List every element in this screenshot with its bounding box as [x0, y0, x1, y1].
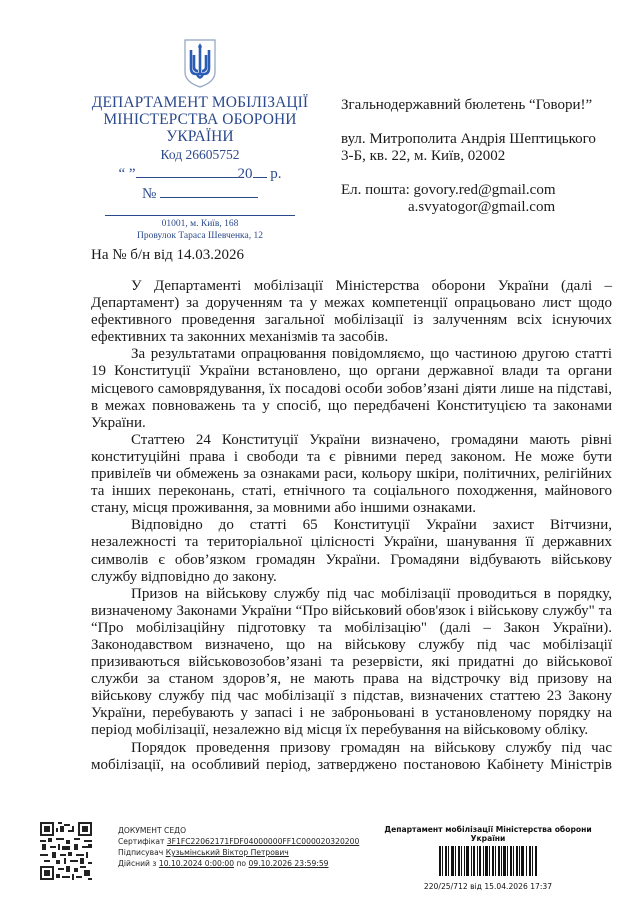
- certificate-row: Сертифікат 3F1FC22062171FDF04000000FF1C0…: [118, 836, 359, 847]
- registry-org: Департамент мобілізації Міністерства обо…: [368, 825, 608, 843]
- valid-to-label: по: [236, 859, 246, 868]
- reference-line: На № б/н від 14.03.2026: [91, 247, 244, 264]
- qr-code-icon[interactable]: [40, 822, 92, 880]
- document-footer: ДОКУМЕНТ СЕДО Сертифікат 3F1FC22062171FD…: [0, 822, 637, 882]
- department-name-line-3: УКРАЇНИ: [70, 128, 330, 145]
- number-label: №: [142, 186, 156, 202]
- recipient-email-2: a.svyatogor@gmail.com: [341, 199, 631, 216]
- paragraph-6: Порядок проведення призову громадян на в…: [91, 740, 612, 774]
- department-code: Код 26605752: [70, 146, 330, 163]
- sender-block: ДЕПАРТАМЕНТ МОБІЛІЗАЦІЇ МІНІСТЕРСТВА ОБО…: [70, 38, 330, 242]
- barcode-icon: [439, 846, 537, 876]
- paragraph-2: За результатами опрацювання повідомляємо…: [91, 346, 612, 431]
- recipient-street: вул. Митрополита Андрія Шептицького: [341, 131, 631, 148]
- e-signature-stamp: ДОКУМЕНТ СЕДО Сертифікат 3F1FC22062171FD…: [118, 825, 359, 869]
- paragraph-3: Статтею 24 Конституції України визначено…: [91, 432, 612, 517]
- sender-address-line-2: Провулок Тараса Шевченка, 12: [70, 230, 330, 242]
- date-year-prefix: 20: [238, 166, 253, 182]
- sedo-title: ДОКУМЕНТ СЕДО: [118, 825, 359, 836]
- paragraph-4: Відповідно до статті 65 Конституції Укра…: [91, 517, 612, 585]
- outgoing-date-field: “ ”20 р.: [70, 165, 330, 183]
- paragraph-1: У Департаменті мобілізації Міністерства …: [91, 278, 612, 346]
- paragraph-5: Призов на військову службу під час мобіл…: [91, 586, 612, 740]
- department-name-line-2: МІНІСТЕРСТВА ОБОРОНИ: [70, 111, 330, 128]
- certificate-value: 3F1FC22062171FDF04000000FF1C000020320200: [167, 837, 359, 846]
- recipient-email-1: Ел. пошта: govory.red@gmail.com: [341, 182, 631, 199]
- recipient-building: 3-Б, кв. 22, м. Київ, 02002: [341, 148, 631, 165]
- sender-address-line-1: 01001, м. Київ, 168: [70, 218, 330, 230]
- number-blank: [160, 185, 258, 198]
- certificate-label: Сертифікат: [118, 837, 164, 846]
- department-name-line-1: ДЕПАРТАМЕНТ МОБІЛІЗАЦІЇ: [70, 94, 330, 111]
- coat-of-arms-trident-icon: [183, 38, 217, 88]
- validity-row: Дійсний з 10.10.2024 0:00:00 по 09.10.20…: [118, 858, 359, 869]
- registry-stamp: Департамент мобілізації Міністерства обо…: [368, 825, 608, 891]
- signer-row: Підписувач Кузьмінський Віктор Петрович: [118, 847, 359, 858]
- signer-label: Підписувач: [118, 848, 163, 857]
- year-blank: [253, 165, 267, 178]
- recipient-block: Згальнодержавний бюлетень “Говори!” вул.…: [341, 97, 631, 216]
- valid-from-label: Дійсний з: [118, 859, 156, 868]
- valid-to-value: 09.10.2026 23:59:59: [249, 859, 329, 868]
- date-quotes: “ ”: [118, 166, 135, 182]
- recipient-name: Згальнодержавний бюлетень “Говори!”: [341, 97, 631, 114]
- registry-number: 220/25/712 від 15.04.2026 17:37: [368, 882, 608, 891]
- date-suffix: р.: [270, 166, 281, 182]
- date-blank: [136, 165, 238, 178]
- letter-body: У Департаменті мобілізації Міністерства …: [91, 278, 612, 774]
- valid-from-value: 10.10.2024 0:00:00: [159, 859, 234, 868]
- outgoing-number-field: №: [70, 185, 330, 203]
- signer-value: Кузьмінський Віктор Петрович: [166, 848, 289, 857]
- address-divider: [105, 215, 295, 216]
